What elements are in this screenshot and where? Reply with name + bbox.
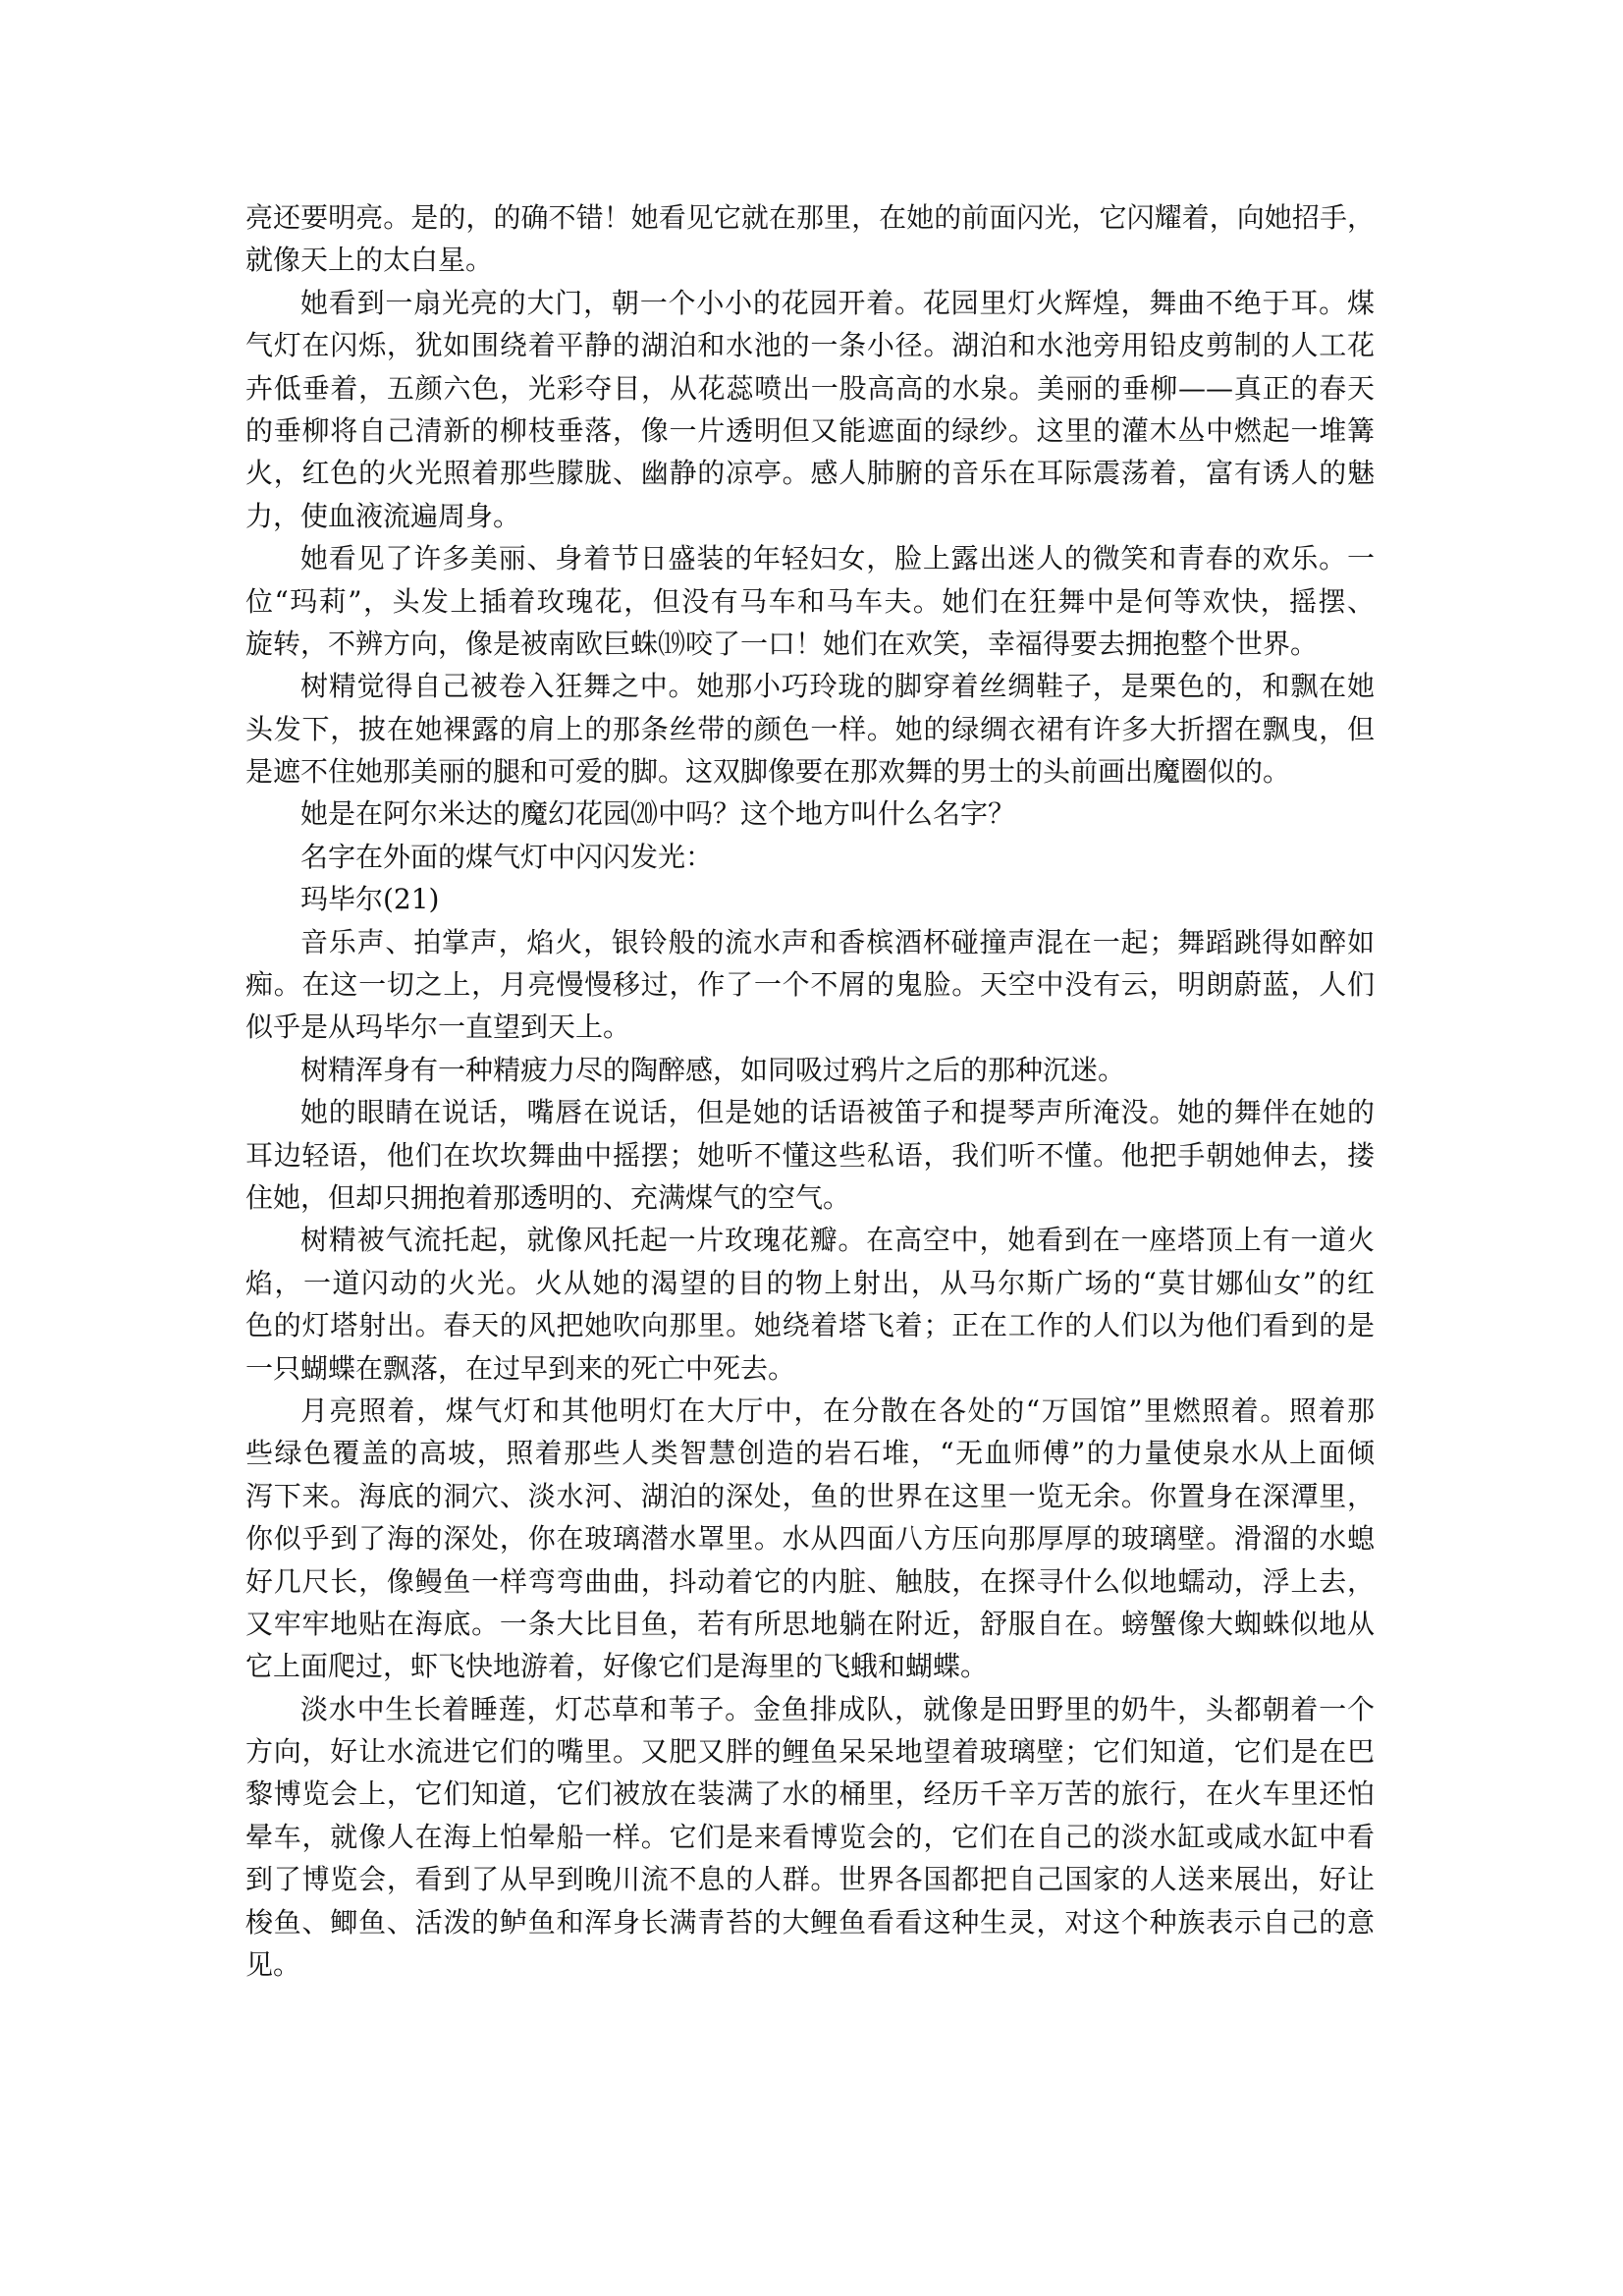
text-line: 树精被气流托起，就像风托起一片玫瑰花瓣。在高空中，她看到在一座塔顶上有一道火 [245, 1219, 1375, 1261]
text-line: 她是在阿尔米达的魔幻花园⒇中吗？这个地方叫什么名字？ [245, 793, 1375, 835]
paragraph-mabille: 玛毕尔(21) [245, 878, 1375, 920]
text-line: 焰，一道闪动的火光。火从她的渴望的目的物上射出，从马尔斯广场的“莫甘娜仙女”的红 [245, 1262, 1375, 1304]
paragraph-dryad-dance: 树精觉得自己被卷入狂舞之中。她那小巧玲珑的脚穿着丝绸鞋子，是栗色的，和飘在她 头… [245, 665, 1375, 793]
text-line: 色的灯塔射出。春天的风把她吹向那里。她绕着塔飞着；正在工作的人们以为他们看到的是 [245, 1304, 1375, 1346]
text-line: 见。 [245, 1943, 1375, 1986]
text-line: 黎博览会上，它们知道，它们被放在装满了水的桶里，经历千辛万苦的旅行，在火车里还怕 [245, 1773, 1375, 1815]
text-line: 音乐声、拍掌声，焰火，银铃般的流水声和香槟酒杯碰撞声混在一起；舞蹈跳得如醉如 [245, 921, 1375, 963]
text-line: 气灯在闪烁，犹如围绕着平静的湖泊和水池的一条小径。湖泊和水池旁用铅皮剪制的人工花 [245, 324, 1375, 366]
text-line: 它上面爬过，虾飞快地游着，好像它们是海里的飞蛾和蝴蝶。 [245, 1645, 1375, 1687]
paragraph-aquarium: 月亮照着，煤气灯和其他明灯在大厅中，在分散在各处的“万国馆”里燃照着。照着那 些… [245, 1390, 1375, 1688]
text-line: 方向，好让水流进它们的嘴里。又肥又胖的鲤鱼呆呆地望着玻璃壁；它们知道，它们是在巴 [245, 1730, 1375, 1773]
text-line: 些绿色覆盖的高坡，照着那些人类智慧创造的岩石堆，“无血师傅”的力量使泉水从上面倾 [245, 1432, 1375, 1474]
paragraph-tower-flight: 树精被气流托起，就像风托起一片玫瑰花瓣。在高空中，她看到在一座塔顶上有一道火 焰… [245, 1219, 1375, 1390]
text-line: 又牢牢地贴在海底。一条大比目鱼，若有所思地躺在附近，舒服自在。螃蟹像大蜘蛛似地从 [245, 1603, 1375, 1645]
paragraph-continuation: 亮还要明亮。是的，的确不错！她看见它就在那里，在她的前面闪光，它闪耀着，向她招手… [245, 196, 1375, 282]
document-page: 亮还要明亮。是的，的确不错！她看见它就在那里，在她的前面闪光，它闪耀着，向她招手… [0, 0, 1623, 2296]
text-line: 玛毕尔(21) [245, 878, 1375, 920]
paragraph-young-women: 她看见了许多美丽、身着节日盛装的年轻妇女，脸上露出迷人的微笑和青春的欢乐。一 位… [245, 537, 1375, 665]
text-line: 是遮不住她那美丽的腿和可爱的脚。这双脚像要在那欢舞的男士的头前画出魔圈似的。 [245, 750, 1375, 793]
text-line: 的垂柳将自己清新的柳枝垂落，像一片透明但又能遮面的绿纱。这里的灌木丛中燃起一堆篝 [245, 410, 1375, 452]
text-line: 她看到一扇光亮的大门，朝一个小小的花园开着。花园里灯火辉煌，舞曲不绝于耳。煤 [245, 282, 1375, 324]
text-line: 晕车，就像人在海上怕晕船一样。它们是来看博览会的，它们在自己的淡水缸或咸水缸中看 [245, 1816, 1375, 1858]
text-line: 力，使血液流遍周身。 [245, 495, 1375, 537]
text-line: 卉低垂着，五颜六色，光彩夺目，从花蕊喷出一股高高的水泉。美丽的垂柳——真正的春天 [245, 367, 1375, 410]
text-line: 树精浑身有一种精疲力尽的陶醉感，如同吸过鸦片之后的那种沉迷。 [245, 1049, 1375, 1091]
body-text: 亮还要明亮。是的，的确不错！她看见它就在那里，在她的前面闪光，它闪耀着，向她招手… [245, 196, 1375, 1986]
text-line: 她的眼睛在说话，嘴唇在说话，但是她的话语被笛子和提琴声所淹没。她的舞伴在她的 [245, 1091, 1375, 1133]
text-line: 就像天上的太白星。 [245, 239, 1375, 281]
paragraph-garden-gate: 她看到一扇光亮的大门，朝一个小小的花园开着。花园里灯火辉煌，舞曲不绝于耳。煤 气… [245, 282, 1375, 537]
text-line: 亮还要明亮。是的，的确不错！她看见它就在那里，在她的前面闪光，它闪耀着，向她招手… [245, 196, 1375, 239]
text-line: 她看见了许多美丽、身着节日盛装的年轻妇女，脸上露出迷人的微笑和青春的欢乐。一 [245, 537, 1375, 579]
text-line: 树精觉得自己被卷入狂舞之中。她那小巧玲珑的脚穿着丝绸鞋子，是栗色的，和飘在她 [245, 665, 1375, 707]
paragraph-music: 音乐声、拍掌声，焰火，银铃般的流水声和香槟酒杯碰撞声混在一起；舞蹈跳得如醉如 痴… [245, 921, 1375, 1049]
text-line: 位“玛莉”，头发上插着玫瑰花，但没有马车和马车夫。她们在狂舞中是何等欢快，摇摆、 [245, 580, 1375, 623]
paragraph-name-shining: 名字在外面的煤气灯中闪闪发光： [245, 836, 1375, 878]
text-line: 名字在外面的煤气灯中闪闪发光： [245, 836, 1375, 878]
text-line: 耳边轻语，他们在坎坎舞曲中摇摆；她听不懂这些私语，我们听不懂。他把手朝她伸去，搂 [245, 1134, 1375, 1176]
text-line: 痴。在这一切之上，月亮慢慢移过，作了一个不屑的鬼脸。天空中没有云，明朗蔚蓝，人们 [245, 963, 1375, 1006]
paragraph-question: 她是在阿尔米达的魔幻花园⒇中吗？这个地方叫什么名字？ [245, 793, 1375, 835]
paragraph-whispers: 她的眼睛在说话，嘴唇在说话，但是她的话语被笛子和提琴声所淹没。她的舞伴在她的 耳… [245, 1091, 1375, 1219]
text-line: 梭鱼、鲫鱼、活泼的鲈鱼和浑身长满青苔的大鲤鱼看看这种生灵，对这个种族表示自己的意 [245, 1901, 1375, 1943]
paragraph-freshwater-fish: 淡水中生长着睡莲，灯芯草和苇子。金鱼排成队，就像是田野里的奶牛，头都朝着一个 方… [245, 1688, 1375, 1987]
text-line: 头发下，披在她裸露的肩上的那条丝带的颜色一样。她的绿绸衣裙有许多大折摺在飘曳，但 [245, 708, 1375, 750]
text-line: 住她，但却只拥抱着那透明的、充满煤气的空气。 [245, 1176, 1375, 1219]
text-line: 一只蝴蝶在飘落，在过早到来的死亡中死去。 [245, 1347, 1375, 1390]
paragraph-intoxication: 树精浑身有一种精疲力尽的陶醉感，如同吸过鸦片之后的那种沉迷。 [245, 1049, 1375, 1091]
text-line: 旋转，不辨方向，像是被南欧巨蛛⒆咬了一口！她们在欢笑，幸福得要去拥抱整个世界。 [245, 623, 1375, 665]
text-line: 到了博览会，看到了从早到晚川流不息的人群。世界各国都把自己国家的人送来展出，好让 [245, 1858, 1375, 1900]
text-line: 你似乎到了海的深处，你在玻璃潜水罩里。水从四面八方压向那厚厚的玻璃壁。滑溜的水螅 [245, 1517, 1375, 1559]
text-line: 月亮照着，煤气灯和其他明灯在大厅中，在分散在各处的“万国馆”里燃照着。照着那 [245, 1390, 1375, 1432]
text-line: 似乎是从玛毕尔一直望到天上。 [245, 1006, 1375, 1048]
text-line: 火，红色的火光照着那些朦胧、幽静的凉亭。感人肺腑的音乐在耳际震荡着，富有诱人的魅 [245, 452, 1375, 494]
text-line: 淡水中生长着睡莲，灯芯草和苇子。金鱼排成队，就像是田野里的奶牛，头都朝着一个 [245, 1688, 1375, 1730]
text-line: 好几尺长，像鳗鱼一样弯弯曲曲，抖动着它的内脏、触肢，在探寻什么似地蠕动，浮上去， [245, 1560, 1375, 1603]
text-line: 泻下来。海底的洞穴、淡水河、湖泊的深处，鱼的世界在这里一览无余。你置身在深潭里， [245, 1475, 1375, 1517]
